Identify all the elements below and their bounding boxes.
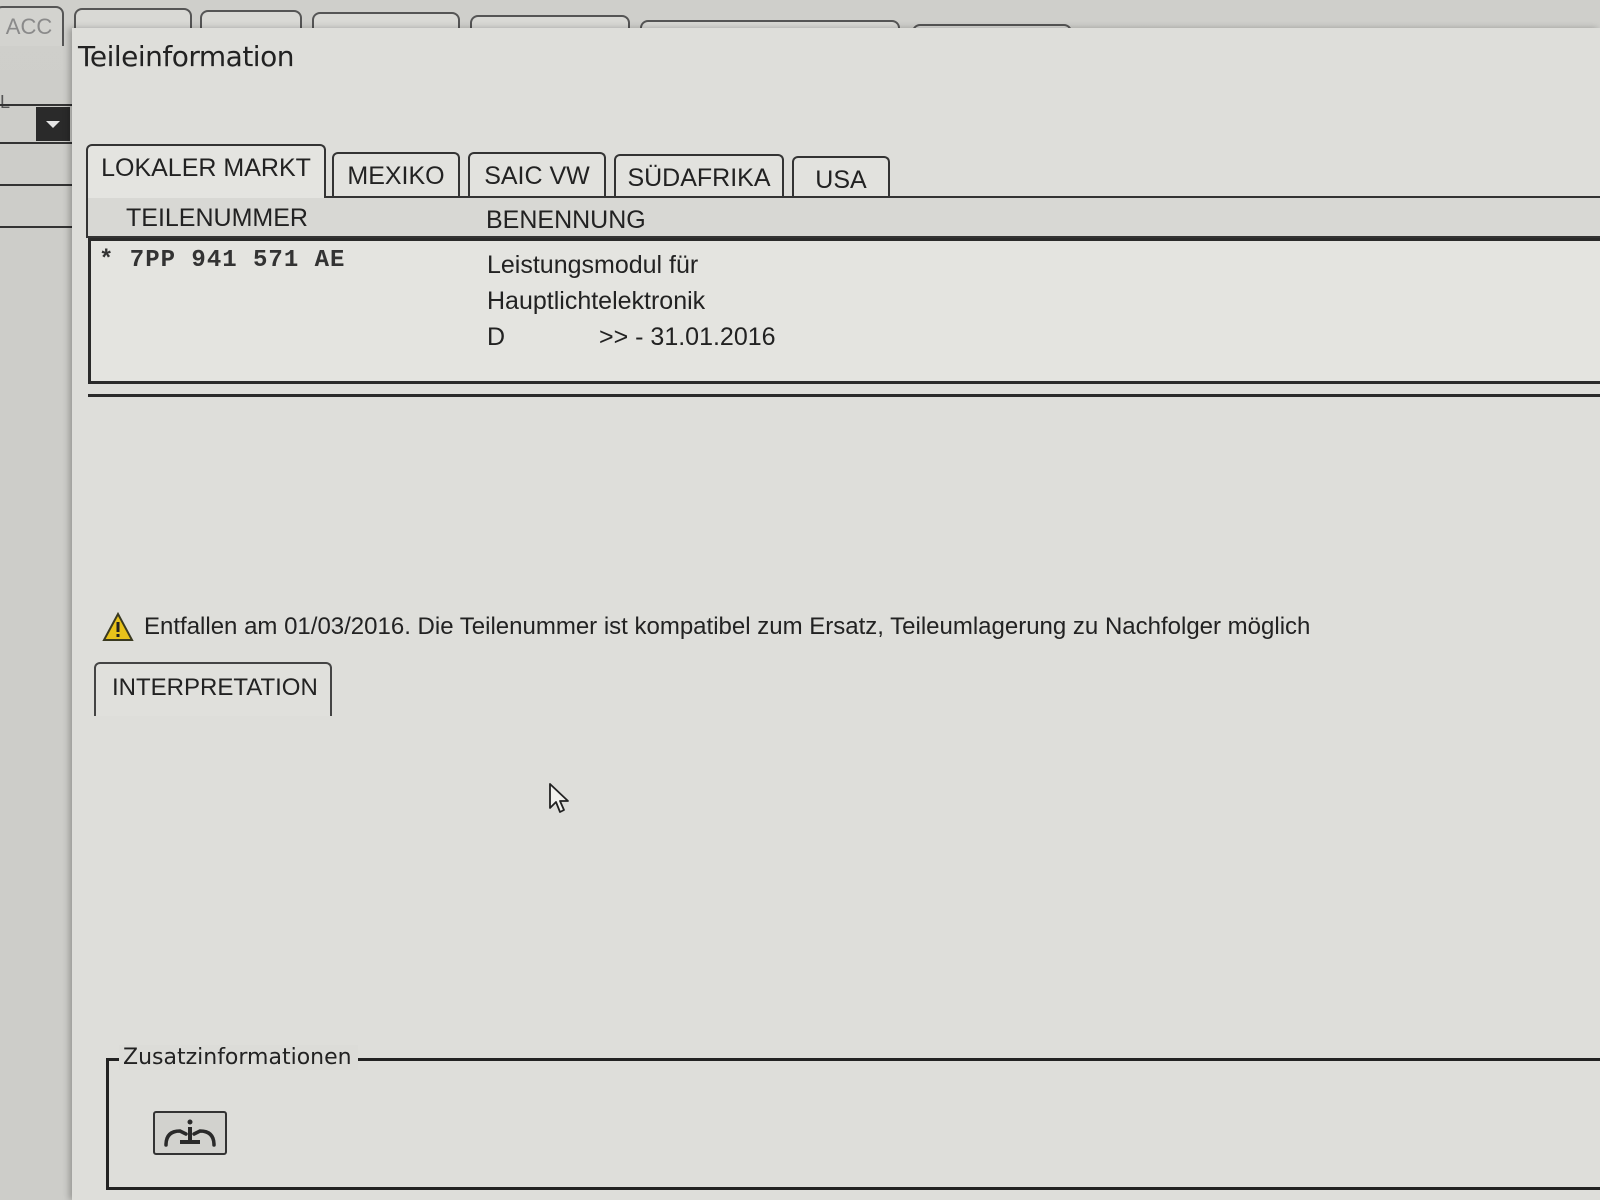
tab-usa[interactable]: USA [792, 156, 890, 198]
tab-lokaler-markt[interactable]: LOKALER MARKT [86, 144, 326, 198]
description-line: Leistungsmodul für [487, 251, 698, 280]
chevron-down-icon [46, 121, 60, 128]
warning-text: Entfallen am 01/03/2016. Die Teilenummer… [144, 613, 1310, 641]
mouse-cursor-icon [548, 782, 576, 816]
part-number: * 7PP 941 571 AE [99, 247, 345, 274]
dialog-title: Teileinformation [78, 40, 294, 73]
tab-interpretation[interactable]: INTERPRETATION [94, 662, 332, 716]
tab-mexiko[interactable]: MEXIKO [332, 152, 460, 198]
market-code: D [487, 323, 505, 352]
divider [88, 394, 1600, 397]
validity-date: >> - 31.01.2016 [599, 323, 776, 352]
background-label: L [0, 92, 10, 113]
info-hands-icon [160, 1115, 220, 1151]
description-line: Hauptlichtelektronik [487, 287, 705, 316]
parts-table-body: * 7PP 941 571 AE Leistungsmodul für Haup… [88, 238, 1600, 384]
column-header-description[interactable]: BENENNUNG [486, 206, 646, 235]
parts-table-header: TEILENUMMER BENENNUNG [86, 196, 1600, 238]
warning-triangle-icon [102, 612, 134, 642]
additional-info-legend: Zusatzinformationen [119, 1045, 358, 1070]
dropdown-button[interactable] [36, 107, 70, 141]
divider [0, 226, 72, 228]
background-left-panel: L [0, 70, 72, 1200]
part-information-dialog: Teileinformation LOKALER MARKT MEXIKO SA… [72, 28, 1600, 1200]
tab-saic-vw[interactable]: SAIC VW [468, 152, 606, 198]
supersession-warning: Entfallen am 01/03/2016. Die Teilenummer… [102, 612, 1310, 642]
background-tab-acc[interactable]: ACC [0, 6, 64, 46]
column-header-part-number[interactable]: TEILENUMMER [126, 204, 308, 233]
additional-info-group: Zusatzinformationen [106, 1058, 1600, 1190]
divider [0, 142, 72, 144]
divider [0, 184, 72, 186]
additional-info-button[interactable] [153, 1111, 227, 1155]
divider [0, 104, 72, 106]
tab-suedafrika[interactable]: SÜDAFRIKA [614, 154, 784, 198]
